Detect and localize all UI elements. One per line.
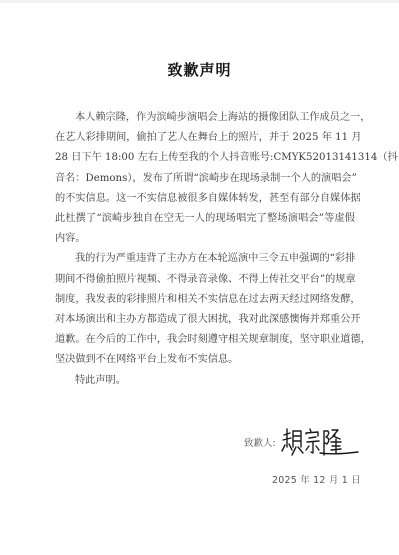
paragraph-line: 道歉。在今后的工作中，我会时刻遵守相关规章制度，坚守职业道德， — [55, 330, 355, 350]
handwritten-signature-icon — [280, 425, 360, 459]
paragraph-line: 坚决做到不在网络平台上发布不实信息。 — [55, 350, 355, 370]
apology-document: 致歉声明 本人赖宗隆，作为滨崎步演唱会上海站的摄像团队工作成员之一， 在艺人彩排… — [0, 0, 399, 555]
paragraph-line: 制度，我发表的彩排照片和相关不实信息在过去两天经过网络发酵， — [55, 290, 355, 310]
paragraph-1: 本人赖宗隆，作为滨崎步演唱会上海站的摄像团队工作成员之一， 在艺人彩排期间，偷拍… — [55, 108, 355, 249]
paragraph-line: 音名：Demons），发布了所谓“滨崎步在现场录制一个人的演唱会” — [55, 169, 355, 189]
closing-statement: 特此声明。 — [55, 371, 355, 391]
paragraph-line: 对本场演出和主办方都造成了很大困扰，我对此深感懊悔并郑重公开 — [55, 310, 355, 330]
document-body: 本人赖宗隆，作为滨崎步演唱会上海站的摄像团队工作成员之一， 在艺人彩排期间，偷拍… — [55, 108, 355, 391]
signature-block: 致歉人: — [244, 425, 360, 459]
paragraph-line: 28 日下午 18:00 左右上传至我的个人抖音账号:CMYK520131413… — [55, 148, 355, 168]
paragraph-line: 内容。 — [55, 229, 355, 249]
signer-label: 致歉人: — [244, 435, 276, 449]
paragraph-2: 我的行为严重违背了主办方在本轮巡演中三令五申强调的“彩排 期间不得偷拍照片视频、… — [55, 249, 355, 370]
document-title: 致歉声明 — [0, 59, 399, 80]
statement-date: 2025 年 12 月 1 日 — [272, 472, 361, 486]
paragraph-line: 我的行为严重违背了主办方在本轮巡演中三令五申强调的“彩排 — [55, 249, 355, 269]
paragraph-line: 期间不得偷拍照片视频、不得录音录像、不得上传社交平台”的规章 — [55, 270, 355, 290]
paragraph-line: 本人赖宗隆，作为滨崎步演唱会上海站的摄像团队工作成员之一， — [55, 108, 355, 128]
paragraph-line: 此杜撰了“滨崎步独自在空无一人的现场唱完了整场演唱会”等虚假 — [55, 209, 355, 229]
paragraph-line: 的不实信息。这一不实信息被很多自媒体转发，甚至有部分自媒体据 — [55, 189, 355, 209]
paragraph-line: 在艺人彩排期间，偷拍了艺人在舞台上的照片，并于 2025 年 11 月 — [55, 128, 355, 148]
